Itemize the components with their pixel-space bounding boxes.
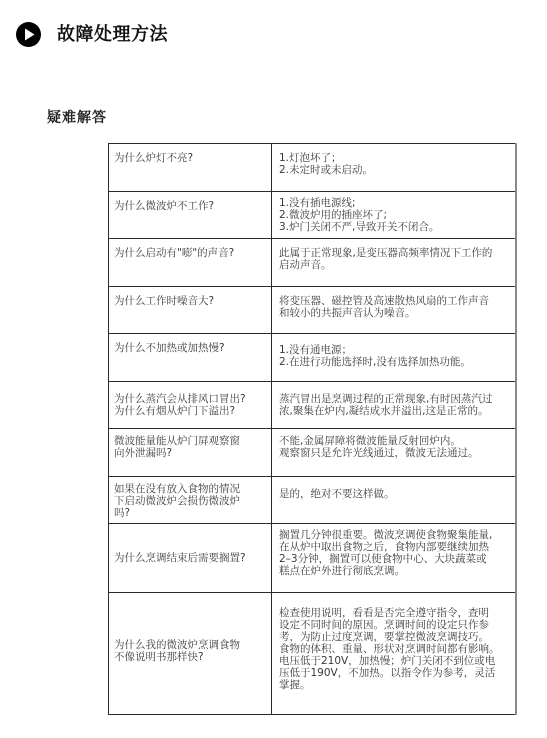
table-row: 为什么我的微波炉烹调食物 不像说明书那样快? 检查使用说明，看看是否完全遵守指令… [109, 593, 517, 715]
question-cell: 微波能量能从炉门屏观察窗 向外泄漏吗? [109, 429, 272, 477]
answer-cell: 检查使用说明，看看是否完全遵守指令，查明 设定不同时间的原因。烹调时间的设定只作… [272, 593, 517, 715]
section-title: 疑难解答 [47, 107, 107, 127]
table-row: 为什么微波炉不工作? 1.没有插电源线; 2.微波炉用的插座坏了; 3.炉门关闭… [109, 192, 517, 239]
table-row: 为什么启动有"嘭"的声音? 此属于正常现象,是变压器高频率情况下工作的 启动声音… [109, 239, 517, 287]
table-row: 如果在没有放入食物的情况 下启动微波炉会损伤微波炉 吗? 是的，绝对不要这样做。 [109, 477, 517, 524]
answer-cell: 1.没有通电源； 2.在进行功能选择时,没有选择加热功能。 [272, 334, 517, 382]
table-row: 为什么炉灯不亮? 1.灯泡坏了； 2.未定时或未启动。 [109, 144, 517, 192]
question-cell: 如果在没有放入食物的情况 下启动微波炉会损伤微波炉 吗? [109, 477, 272, 524]
answer-cell: 1.没有插电源线; 2.微波炉用的插座坏了; 3.炉门关闭不严,导致开关不闭合。 [272, 192, 517, 239]
question-cell: 为什么工作时噪音大? [109, 287, 272, 334]
answer-cell: 此属于正常现象,是变压器高频率情况下工作的 启动声音。 [272, 239, 517, 287]
question-cell: 为什么烹调结束后需要搁置? [109, 524, 272, 593]
answer-cell: 不能,金属屏障将微波能量反射回炉内。 观察窗只是允许光线通过，微波无法通过。 [272, 429, 517, 477]
question-cell: 为什么启动有"嘭"的声音? [109, 239, 272, 287]
page-header: 故障处理方法 [16, 22, 168, 47]
question-cell: 为什么蒸汽会从排风口冒出? 为什么有烟从炉门下溢出? [109, 382, 272, 429]
table-row: 微波能量能从炉门屏观察窗 向外泄漏吗? 不能,金属屏障将微波能量反射回炉内。 观… [109, 429, 517, 477]
answer-cell: 将变压器、磁控管及高速散热风扇的工作声音 和较小的共振声音认为噪音。 [272, 287, 517, 334]
page-title: 故障处理方法 [57, 22, 168, 47]
table-row: 为什么工作时噪音大? 将变压器、磁控管及高速散热风扇的工作声音 和较小的共振声音… [109, 287, 517, 334]
question-cell: 为什么不加热或加热慢? [109, 334, 272, 382]
play-circle-icon [16, 22, 41, 47]
answer-cell: 1.灯泡坏了； 2.未定时或未启动。 [272, 144, 517, 192]
answer-cell: 搁置几分钟很重要。微波烹调使食物聚集能量, 在从炉中取出食物之后，食物内部要继续… [272, 524, 517, 593]
question-cell: 为什么炉灯不亮? [109, 144, 272, 192]
table-row: 为什么烹调结束后需要搁置? 搁置几分钟很重要。微波烹调使食物聚集能量, 在从炉中… [109, 524, 517, 593]
faq-table: 为什么炉灯不亮? 1.灯泡坏了； 2.未定时或未启动。 为什么微波炉不工作? 1… [108, 143, 517, 715]
answer-cell: 蒸汽冒出是烹调过程的正常现象,有时因蒸汽过 浓,聚集在炉内,凝结成水并溢出,这是… [272, 382, 517, 429]
question-cell: 为什么我的微波炉烹调食物 不像说明书那样快? [109, 593, 272, 715]
table-row: 为什么蒸汽会从排风口冒出? 为什么有烟从炉门下溢出? 蒸汽冒出是烹调过程的正常现… [109, 382, 517, 429]
table-row: 为什么不加热或加热慢? 1.没有通电源； 2.在进行功能选择时,没有选择加热功能… [109, 334, 517, 382]
answer-cell: 是的，绝对不要这样做。 [272, 477, 517, 524]
question-cell: 为什么微波炉不工作? [109, 192, 272, 239]
